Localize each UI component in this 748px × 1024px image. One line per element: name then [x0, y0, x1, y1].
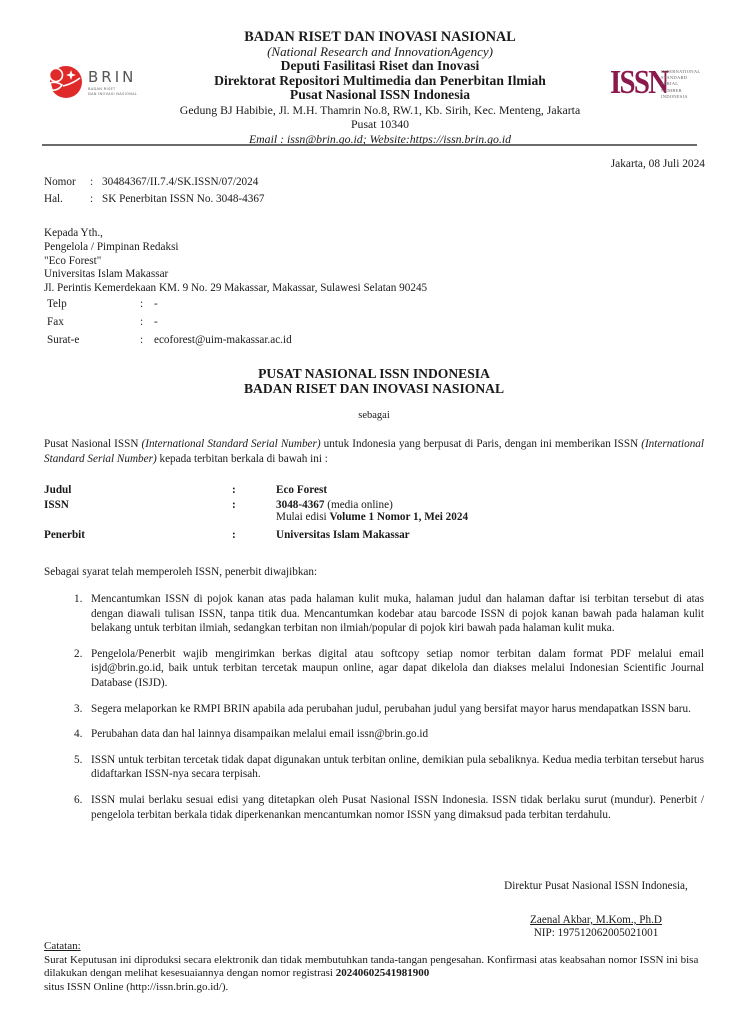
note-body: Surat Keputusan ini diproduksi secara el…	[44, 954, 724, 981]
issn-value-block: 3048-4367 (media online) Mulai edisi Vol…	[276, 499, 468, 523]
signatory-nip: NIP: 197512062005021001	[456, 927, 736, 940]
judul-value: Eco Forest	[276, 484, 327, 496]
item-text: Perubahan data dan hal lainnya disampaik…	[91, 728, 428, 740]
note-block: Catatan: Surat Keputusan ini diproduksi …	[44, 940, 724, 994]
requirement-item: 6.ISSN mulai berlaku sesuai edisi yang d…	[74, 793, 704, 822]
item-text: Mencantumkan ISSN di pojok kanan atas pa…	[91, 593, 704, 634]
item-text: Pengelola/Penerbit wajib mengirimkan ber…	[91, 648, 704, 689]
recipient-line: Jl. Perintis Kemerdekaan KM. 9 No. 29 Ma…	[44, 282, 427, 296]
contact-fax: Fax:-	[47, 316, 158, 328]
separator: :	[90, 193, 102, 205]
requirements-lead: Sebagai syarat telah memperoleh ISSN, pe…	[44, 566, 317, 578]
contact-label: Fax	[47, 316, 140, 328]
separator: :	[140, 334, 154, 346]
recipient-line: Universitas Islam Makassar	[44, 268, 427, 282]
issn-media: (media online)	[327, 499, 393, 511]
note-heading: Catatan:	[44, 940, 724, 954]
penerbit-value: Universitas Islam Makassar	[276, 529, 410, 541]
decree-title-line2: BADAN RISET DAN INOVASI NASIONAL	[0, 381, 748, 396]
recipient-block: Kepada Yth., Pengelola / Pimpinan Redaks…	[44, 227, 427, 296]
intro-text: untuk Indonesia yang berpusat di Paris, …	[321, 438, 642, 450]
brin-wordmark: BRIN	[88, 68, 136, 86]
requirement-item: 1.Mencantumkan ISSN di pojok kanan atas …	[74, 592, 704, 636]
item-text: Segera melaporkan ke RMPI BRIN apabila a…	[91, 703, 691, 715]
place-date: Jakarta, 08 Juli 2024	[611, 158, 705, 170]
decree-title-line1: PUSAT NASIONAL ISSN INDONESIA	[0, 366, 748, 381]
brin-subtitle: BADAN RISET DAN INOVASI NASIONAL	[88, 87, 137, 96]
signature-block: Direktur Pusat Nasional ISSN Indonesia, …	[456, 880, 736, 940]
item-number: 6.	[74, 793, 82, 808]
issn-number: 3048-4367	[276, 499, 324, 511]
issn-logo-subtitle: INTERNATIONAL STANDARD SERIAL NUMBER IND…	[661, 69, 700, 100]
recipient-line: "Eco Forest"	[44, 255, 427, 269]
requirement-item: 2.Pengelola/Penerbit wajib mengirimkan b…	[74, 647, 704, 691]
intro-paragraph: Pusat Nasional ISSN (International Stand…	[44, 437, 704, 468]
issn-subtitle-line: INDONESIA	[661, 94, 700, 100]
nomor-row: Nomor:30484367/II.7.4/SK.ISSN/07/2024	[44, 176, 258, 188]
signatory-name: Zaenal Akbar, M.Kom., Ph.D	[530, 914, 662, 927]
separator: :	[232, 499, 236, 511]
brin-logo-icon	[46, 64, 82, 100]
edition-value: Volume 1 Nomor 1, Mei 2024	[329, 511, 468, 523]
sebagai-text: sebagai	[0, 410, 748, 421]
edition-prefix: Mulai edisi	[276, 511, 329, 523]
item-number: 5.	[74, 753, 82, 768]
requirements-list: 1.Mencantumkan ISSN di pojok kanan atas …	[74, 592, 704, 833]
contact-label: Telp	[47, 298, 140, 310]
item-number: 4.	[74, 727, 82, 742]
org-name: BADAN RISET DAN INOVASI NASIONAL	[150, 30, 610, 45]
contact-value: -	[154, 298, 158, 310]
issn-logo: ISSN INTERNATIONAL STANDARD SERIAL NUMBE…	[610, 66, 710, 104]
intro-text: Pusat Nasional ISSN	[44, 438, 142, 450]
directorate-name: Direktorat Repositori Multimedia dan Pen…	[150, 74, 610, 89]
intro-italic: (International Standard Serial Number)	[142, 438, 321, 450]
note-url-text: situs ISSN Online (http://issn.brin.go.i…	[44, 981, 724, 995]
separator: :	[232, 484, 236, 496]
brin-logo: BRIN BADAN RISET DAN INOVASI NASIONAL	[46, 64, 146, 100]
deputy-name: Deputi Fasilitasi Riset dan Inovasi	[150, 59, 610, 74]
nomor-value: 30484367/II.7.4/SK.ISSN/07/2024	[102, 176, 258, 188]
separator: :	[90, 176, 102, 188]
org-name-en: (National Research and InnovationAgency)	[150, 45, 610, 60]
intro-text: kepada terbitan berkala di bawah ini :	[157, 453, 328, 465]
separator: :	[232, 529, 236, 541]
recipient-line: Kepada Yth.,	[44, 227, 427, 241]
recipient-line: Pengelola / Pimpinan Redaksi	[44, 241, 427, 255]
item-number: 3.	[74, 702, 82, 717]
contact-email: Surat-e:ecoforest@uim-makassar.ac.id	[47, 334, 292, 346]
judul-label: Judul	[44, 484, 71, 496]
issn-label: ISSN	[44, 499, 69, 511]
separator: :	[140, 298, 154, 310]
requirement-item: 4.Perubahan data dan hal lainnya disampa…	[74, 727, 704, 742]
header-divider	[42, 144, 697, 146]
address-line-1: Gedung BJ Habibie, Jl. M.H. Thamrin No.8…	[150, 103, 610, 118]
item-number: 1.	[74, 592, 82, 607]
contact-value: -	[154, 316, 158, 328]
separator: :	[140, 316, 154, 328]
decree-title: PUSAT NASIONAL ISSN INDONESIA BADAN RISE…	[0, 366, 748, 396]
hal-value: SK Penerbitan ISSN No. 3048-4367	[102, 193, 265, 205]
requirement-item: 3.Segera melaporkan ke RMPI BRIN apabila…	[74, 702, 704, 717]
item-number: 2.	[74, 647, 82, 662]
contact-label: Surat-e	[47, 334, 140, 346]
address-line-2: Pusat 10340	[150, 117, 610, 132]
registration-number: 20240602541981900	[336, 967, 430, 979]
hal-row: Hal.:SK Penerbitan ISSN No. 3048-4367	[44, 193, 265, 205]
signatory-position: Direktur Pusat Nasional ISSN Indonesia,	[456, 880, 736, 893]
penerbit-label: Penerbit	[44, 529, 85, 541]
contact-value[interactable]: ecoforest@uim-makassar.ac.id	[154, 334, 292, 346]
item-text: ISSN mulai berlaku sesuai edisi yang dit…	[91, 794, 704, 821]
hal-label: Hal.	[44, 193, 90, 205]
requirement-item: 5.ISSN untuk terbitan tercetak tidak dap…	[74, 753, 704, 782]
item-text: ISSN untuk terbitan tercetak tidak dapat…	[91, 754, 704, 781]
center-name: Pusat Nasional ISSN Indonesia	[150, 88, 610, 103]
nomor-label: Nomor	[44, 176, 90, 188]
letterhead: BADAN RISET DAN INOVASI NASIONAL (Nation…	[150, 30, 610, 146]
issn-logo-icon: ISSN	[610, 66, 667, 100]
contact-telp: Telp:-	[47, 298, 158, 310]
brin-subtitle-line2: DAN INOVASI NASIONAL	[88, 92, 137, 97]
